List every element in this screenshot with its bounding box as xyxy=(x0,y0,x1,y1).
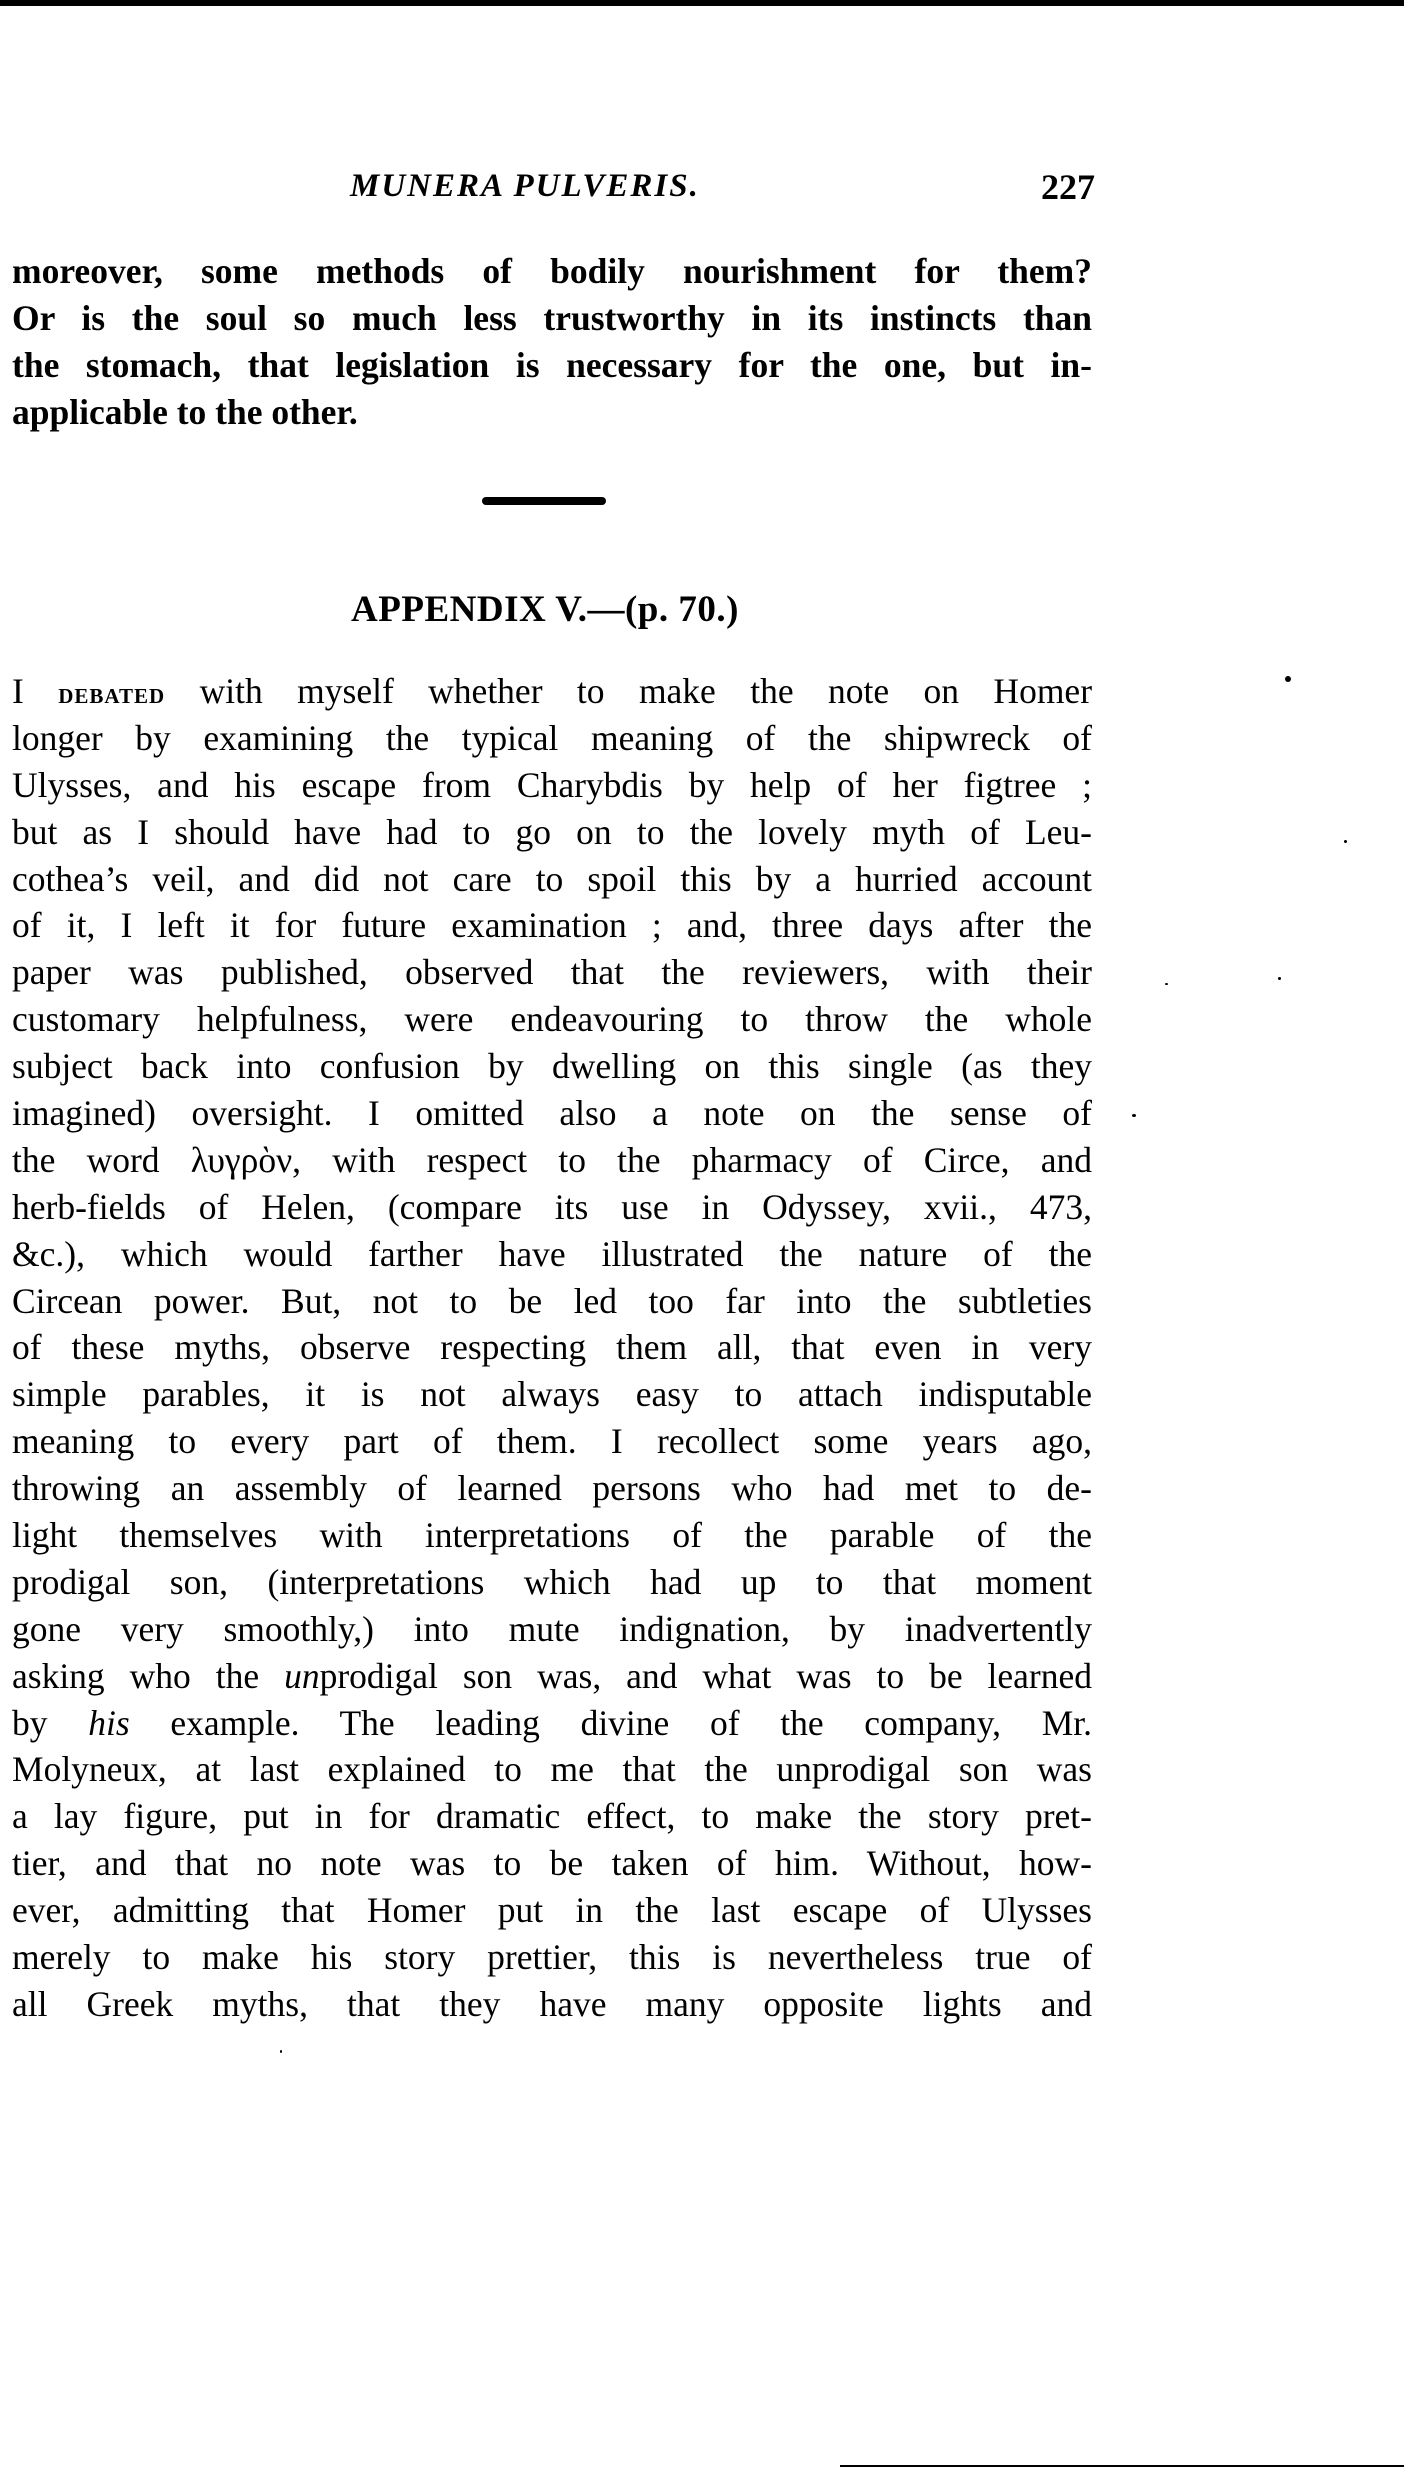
scan-border-bottom xyxy=(840,2465,1404,2467)
text-line: the word λυγρὸν, with respect to the pha… xyxy=(12,1137,1092,1184)
italic-emphasis: un xyxy=(284,1656,320,1696)
text-line: Ulysses, and his escape from Charybdis b… xyxy=(12,762,1092,809)
running-head: MUNERA PULVERIS. 227 xyxy=(350,168,1095,218)
text-line: imagined) oversight. I omitted also a no… xyxy=(12,1090,1092,1137)
text-line: merely to make his story prettier, this … xyxy=(12,1934,1092,1981)
line-part: example. The leading divine of the compa… xyxy=(130,1703,1092,1743)
scan-speck xyxy=(1285,676,1291,682)
text-line: throwing an assembly of learned persons … xyxy=(12,1465,1092,1512)
text-line: moreover, some methods of bodily nourish… xyxy=(12,248,1092,295)
text-line: gone very smoothly,) into mute indignati… xyxy=(12,1606,1092,1653)
text-line: tier, and that no note was to be taken o… xyxy=(12,1840,1092,1887)
scan-speck xyxy=(1132,1114,1136,1117)
opening-smallcaps: debated xyxy=(58,677,165,710)
text-line: by his example. The leading divine of th… xyxy=(12,1700,1092,1747)
text-line: meaning to every part of them. I recolle… xyxy=(12,1418,1092,1465)
preceding-paragraph: moreover, some methods of bodily nourish… xyxy=(12,248,1092,436)
text-line: all Greek myths, that they have many opp… xyxy=(12,1981,1092,2028)
text-line: the stomach, that legislation is necessa… xyxy=(12,342,1092,389)
text-line: paper was published, observed that the r… xyxy=(12,949,1092,996)
scan-speck xyxy=(1344,840,1347,843)
line-rest: with myself whether to make the note on … xyxy=(165,671,1092,711)
text-line: herb-fields of Helen, (compare its use i… xyxy=(12,1184,1092,1231)
scan-speck xyxy=(1278,977,1281,980)
text-line: of it, I left it for future examination … xyxy=(12,902,1092,949)
text-line: Or is the soul so much less trustworthy … xyxy=(12,295,1092,342)
text-line: longer by examining the typical meaning … xyxy=(12,715,1092,762)
scan-speck xyxy=(1165,983,1168,985)
section-title-text: APPENDIX V.—(p. 70.) xyxy=(351,589,739,630)
text-line: asking who the unprodigal son was, and w… xyxy=(12,1653,1092,1700)
text-line: I debated with myself whether to make th… xyxy=(12,668,1092,715)
text-line: customary helpfulness, were endeavouring… xyxy=(12,996,1092,1043)
italic-emphasis: his xyxy=(88,1703,129,1743)
opening-initial: I xyxy=(12,671,24,711)
text-line: cothea’s veil, and did not care to spoil… xyxy=(12,856,1092,903)
scan-speck xyxy=(280,2050,282,2053)
section-divider-rule xyxy=(482,497,606,505)
text-line: simple parables, it is not always easy t… xyxy=(12,1371,1092,1418)
section-title: APPENDIX V.—(p. 70.) xyxy=(0,588,1090,631)
text-line: ever, admitting that Homer put in the la… xyxy=(12,1887,1092,1934)
text-line: &c.), which would farther have illustrat… xyxy=(12,1231,1092,1278)
page-number: 227 xyxy=(1041,166,1095,208)
text-line: subject back into confusion by dwelling … xyxy=(12,1043,1092,1090)
text-line: applicable to the other. xyxy=(12,389,1092,436)
line-part: prodigal son was, and what was to be lea… xyxy=(320,1656,1092,1696)
line-part: asking who the xyxy=(12,1656,284,1696)
text-line: prodigal son, (interpretations which had… xyxy=(12,1559,1092,1606)
text-line: but as I should have had to go on to the… xyxy=(12,809,1092,856)
text-line: Circean power. But, not to be led too fa… xyxy=(12,1278,1092,1325)
line-part: by xyxy=(12,1703,88,1743)
text-line: a lay figure, put in for dramatic effect… xyxy=(12,1793,1092,1840)
text-line: light themselves with interpretations of… xyxy=(12,1512,1092,1559)
appendix-body: I debated with myself whether to make th… xyxy=(12,668,1092,2028)
text-line: Molyneux, at last explained to me that t… xyxy=(12,1746,1092,1793)
running-title: MUNERA PULVERIS. xyxy=(350,168,700,205)
text-line: of these myths, observe respecting them … xyxy=(12,1324,1092,1371)
scan-border-top xyxy=(0,0,1404,6)
